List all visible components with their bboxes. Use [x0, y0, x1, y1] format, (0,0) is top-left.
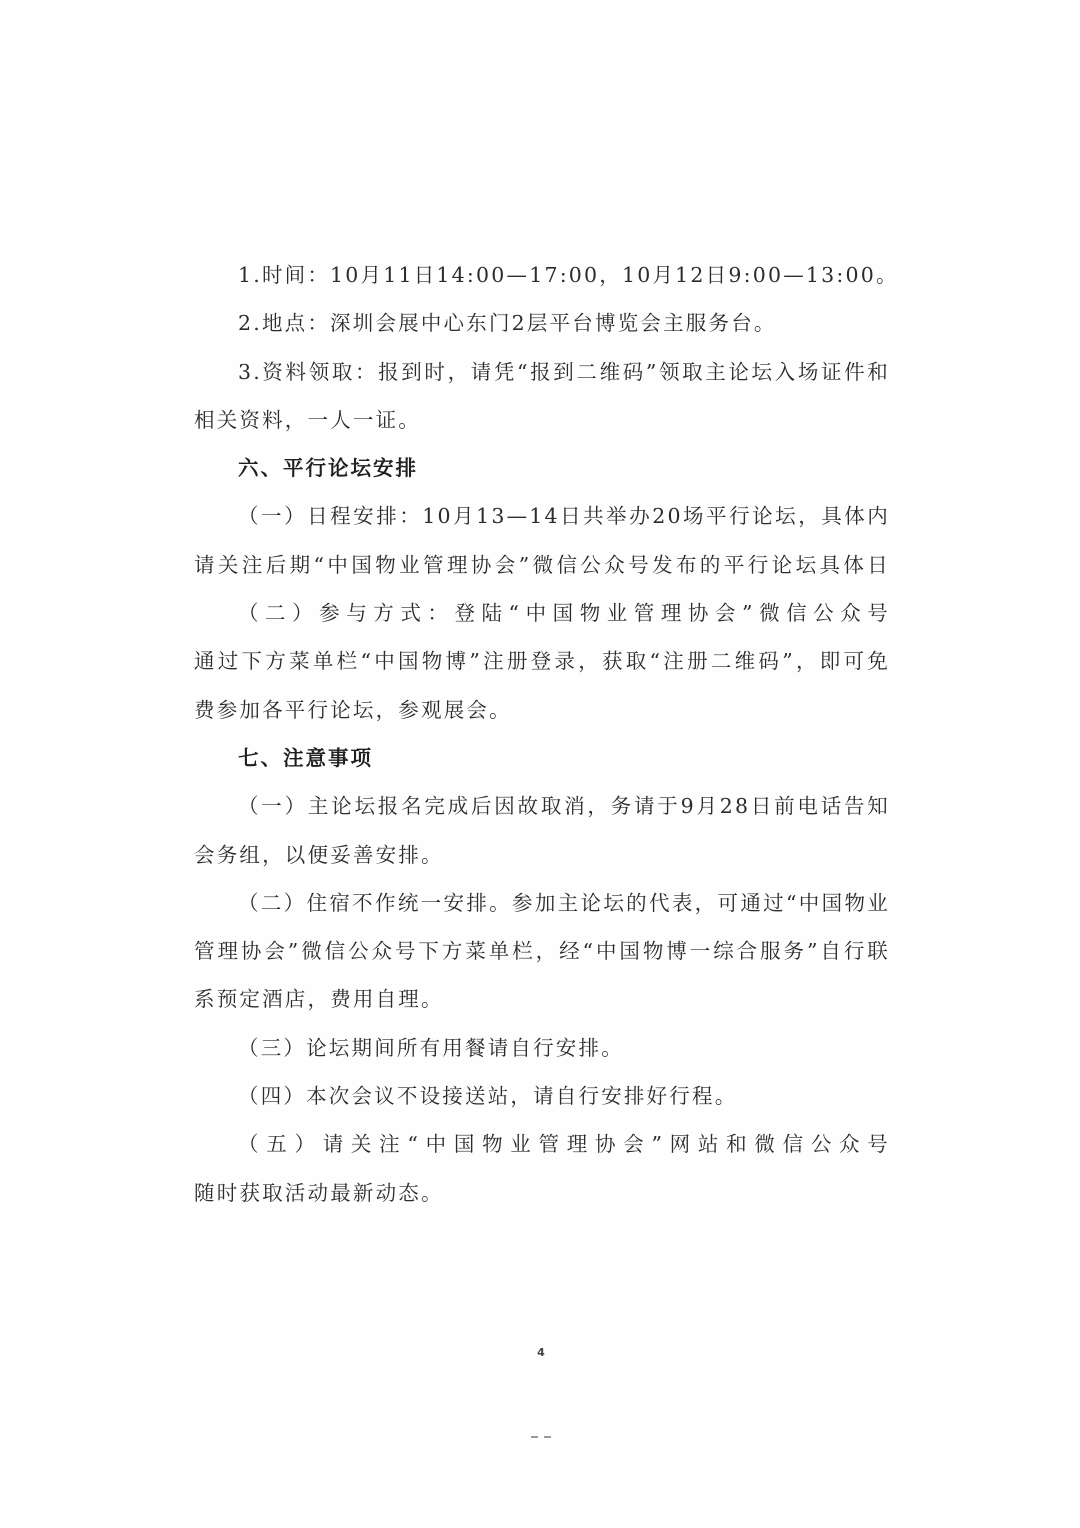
document-page: 1.时间：10月11日14:00—17:00，10月12日9:00—13:00。… [0, 0, 1080, 1528]
note-2-line-3: 系预定酒店，费用自理。 [194, 975, 890, 1023]
participation-line-2: 通过下方菜单栏“中国物博”注册登录，获取“注册二维码”，即可免 [194, 637, 890, 685]
schedule-line-2: 请关注后期“中国物业管理协会”微信公众号发布的平行论坛具体日程。 [194, 541, 890, 589]
time-line: 1.时间：10月11日14:00—17:00，10月12日9:00—13:00。 [194, 251, 890, 299]
note-2-line-2: 管理协会”微信公众号下方菜单栏，经“中国物博一综合服务”自行联 [194, 927, 890, 975]
participation-line-1: （二）参与方式：登陆“中国物业管理协会”微信公众号(cpmi2000)， [194, 589, 890, 637]
note-1-line-2: 会务组，以便妥善安排。 [194, 831, 890, 879]
note-5-line-1: （五）请关注“中国物业管理协会”网站和微信公众号(cpmi2000)， [194, 1120, 890, 1168]
schedule-line-1: （一）日程安排：10月13—14日共举办20场平行论坛，具体内容 [194, 492, 890, 540]
materials-line-1: 3.资料领取：报到时，请凭“报到二维码”领取主论坛入场证件和 [194, 348, 890, 396]
note-1-line-1: （一）主论坛报名完成后因故取消，务请于9月28日前电话告知 [194, 782, 890, 830]
note-3-line: （三）论坛期间所有用餐请自行安排。 [194, 1024, 890, 1072]
note-2-line-1: （二）住宿不作统一安排。参加主论坛的代表，可通过“中国物业 [194, 879, 890, 927]
note-5-line-2: 随时获取活动最新动态。 [194, 1169, 890, 1217]
section-heading-notes: 七、注意事项 [194, 734, 890, 782]
materials-line-2: 相关资料，一人一证。 [194, 396, 890, 444]
document-body: 1.时间：10月11日14:00—17:00，10月12日9:00—13:00。… [194, 251, 890, 1217]
footer-dash-mark [531, 1436, 551, 1438]
section-heading-parallel-forums: 六、平行论坛安排 [194, 444, 890, 492]
note-4-line: （四）本次会议不设接送站，请自行安排好行程。 [194, 1072, 890, 1120]
dash-right [544, 1436, 551, 1438]
participation-line-3: 费参加各平行论坛，参观展会。 [194, 686, 890, 734]
location-line: 2.地点：深圳会展中心东门2层平台博览会主服务台。 [194, 299, 890, 347]
dash-left [531, 1436, 538, 1438]
page-number: 4 [533, 1346, 549, 1359]
